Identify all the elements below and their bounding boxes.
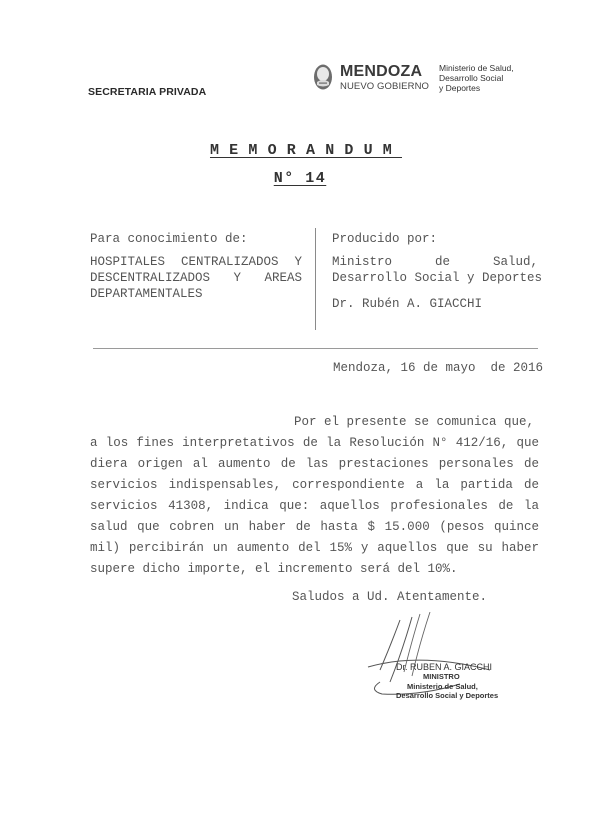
body-line: servicios indispensables, correspondient…	[90, 477, 539, 494]
producer-line: Ministro de Salud,	[332, 254, 538, 271]
body-line: diera origen al aumento de las prestacio…	[90, 456, 539, 473]
horizontal-divider	[93, 348, 538, 349]
body-line: a los fines interpretativos de la Resolu…	[90, 435, 539, 452]
recipient-line: DEPARTAMENTALES	[90, 286, 203, 303]
ministry-line: y Deportes	[439, 83, 514, 93]
body-line: salud que cobren un haber de hasta $ 15.…	[90, 519, 539, 536]
government-logo: MENDOZA NUEVO GOBIERNO Ministerio de Sal…	[313, 60, 600, 100]
producer-signatory: Dr. Rubén A. GIACCHI	[332, 296, 482, 313]
body-line: mil) percibirán un aumento del 15% y aqu…	[90, 540, 539, 557]
stamp-title: MINISTRO	[423, 672, 460, 681]
memo-title: MEMORANDUM	[0, 142, 600, 159]
stamp-ministry: Ministerio de Salud,	[407, 682, 478, 691]
provincial-shield-icon	[313, 63, 333, 91]
recipient-line: HOSPITALES CENTRALIZADOS Y	[90, 254, 302, 271]
recipient-line: DESCENTRALIZADOS Y AREAS	[90, 270, 302, 287]
ministry-line: Ministerio de Salud,	[439, 63, 514, 73]
ministry-line: Desarrollo Social	[439, 73, 514, 83]
signature-stamp: Dr. RUBEN A. GIACCHI MINISTRO Ministerio…	[360, 612, 530, 712]
brand-subtitle: NUEVO GOBIERNO	[340, 80, 429, 93]
producer-line: Desarrollo Social y Deportes	[332, 270, 542, 287]
body-last-line: supere dicho importe, el incremento será…	[90, 561, 458, 578]
stamp-ministry: Desarrollo Social y Deportes	[396, 691, 498, 700]
producer-label: Producido por:	[332, 231, 437, 248]
column-divider	[315, 228, 316, 330]
stamp-name: Dr. RUBEN A. GIACCHI	[396, 662, 492, 672]
recipient-label: Para conocimiento de:	[90, 231, 248, 248]
ministry-name: Ministerio de Salud, Desarrollo Social y…	[439, 63, 514, 93]
date-line: Mendoza, 16 de mayo de 2016	[333, 360, 543, 377]
closing-text: Saludos a Ud. Atentamente.	[292, 589, 487, 606]
office-name: SECRETARIA PRIVADA	[88, 86, 206, 98]
memo-number: N° 14	[0, 170, 600, 187]
body-line: servicios 41308, indica que: aquellos pr…	[90, 498, 539, 515]
brand-title: MENDOZA	[340, 64, 429, 80]
body-first-line: Por el presente se comunica que,	[294, 414, 534, 431]
